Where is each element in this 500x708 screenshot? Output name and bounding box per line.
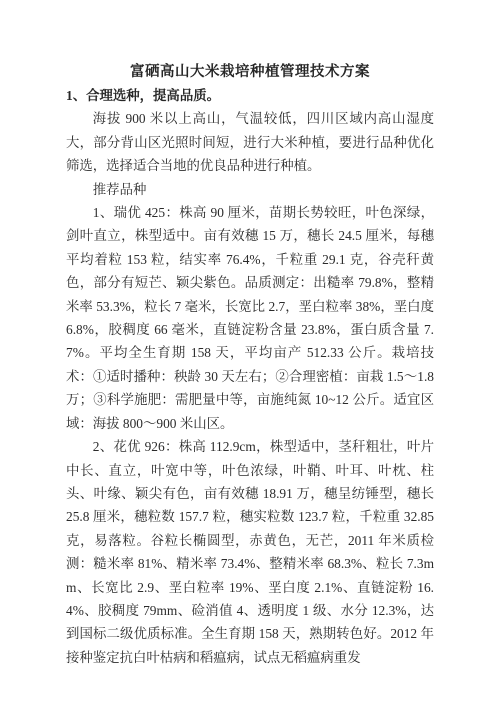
paragraph: 推荐品种 <box>66 178 434 201</box>
section-heading: 1、合理选种，提高品质。 <box>66 84 434 107</box>
paragraph: 海拔 900 米以上高山，气温较低，四川区域内高山湿度大，部分背山区光照时间短，… <box>66 107 434 177</box>
paragraph: 1、瑞优 425：株高 90 厘米，苗期长势较旺，叶色深绿，剑叶直立，株型适中。… <box>66 201 434 435</box>
document-content: 1、合理选种，提高品质。海拔 900 米以上高山，气温较低，四川区域内高山湿度大… <box>66 84 434 669</box>
document-page: 富硒高山大米栽培种植管理技术方案 1、合理选种，提高品质。海拔 900 米以上高… <box>0 0 500 708</box>
document-title: 富硒高山大米栽培种植管理技术方案 <box>66 60 434 84</box>
paragraph: 2、花优 926：株高 112.9cm，株型适中，茎秆粗壮，叶片中长、直立，叶宽… <box>66 435 434 669</box>
